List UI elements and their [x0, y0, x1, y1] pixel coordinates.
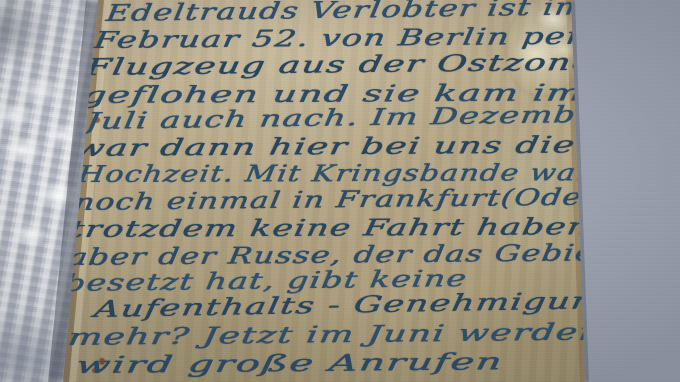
photo-of-handwritten-postcard: Edeltrauds Verlobter ist im Februar 52. …	[0, 0, 680, 382]
photo-grain-overlay	[0, 0, 680, 382]
